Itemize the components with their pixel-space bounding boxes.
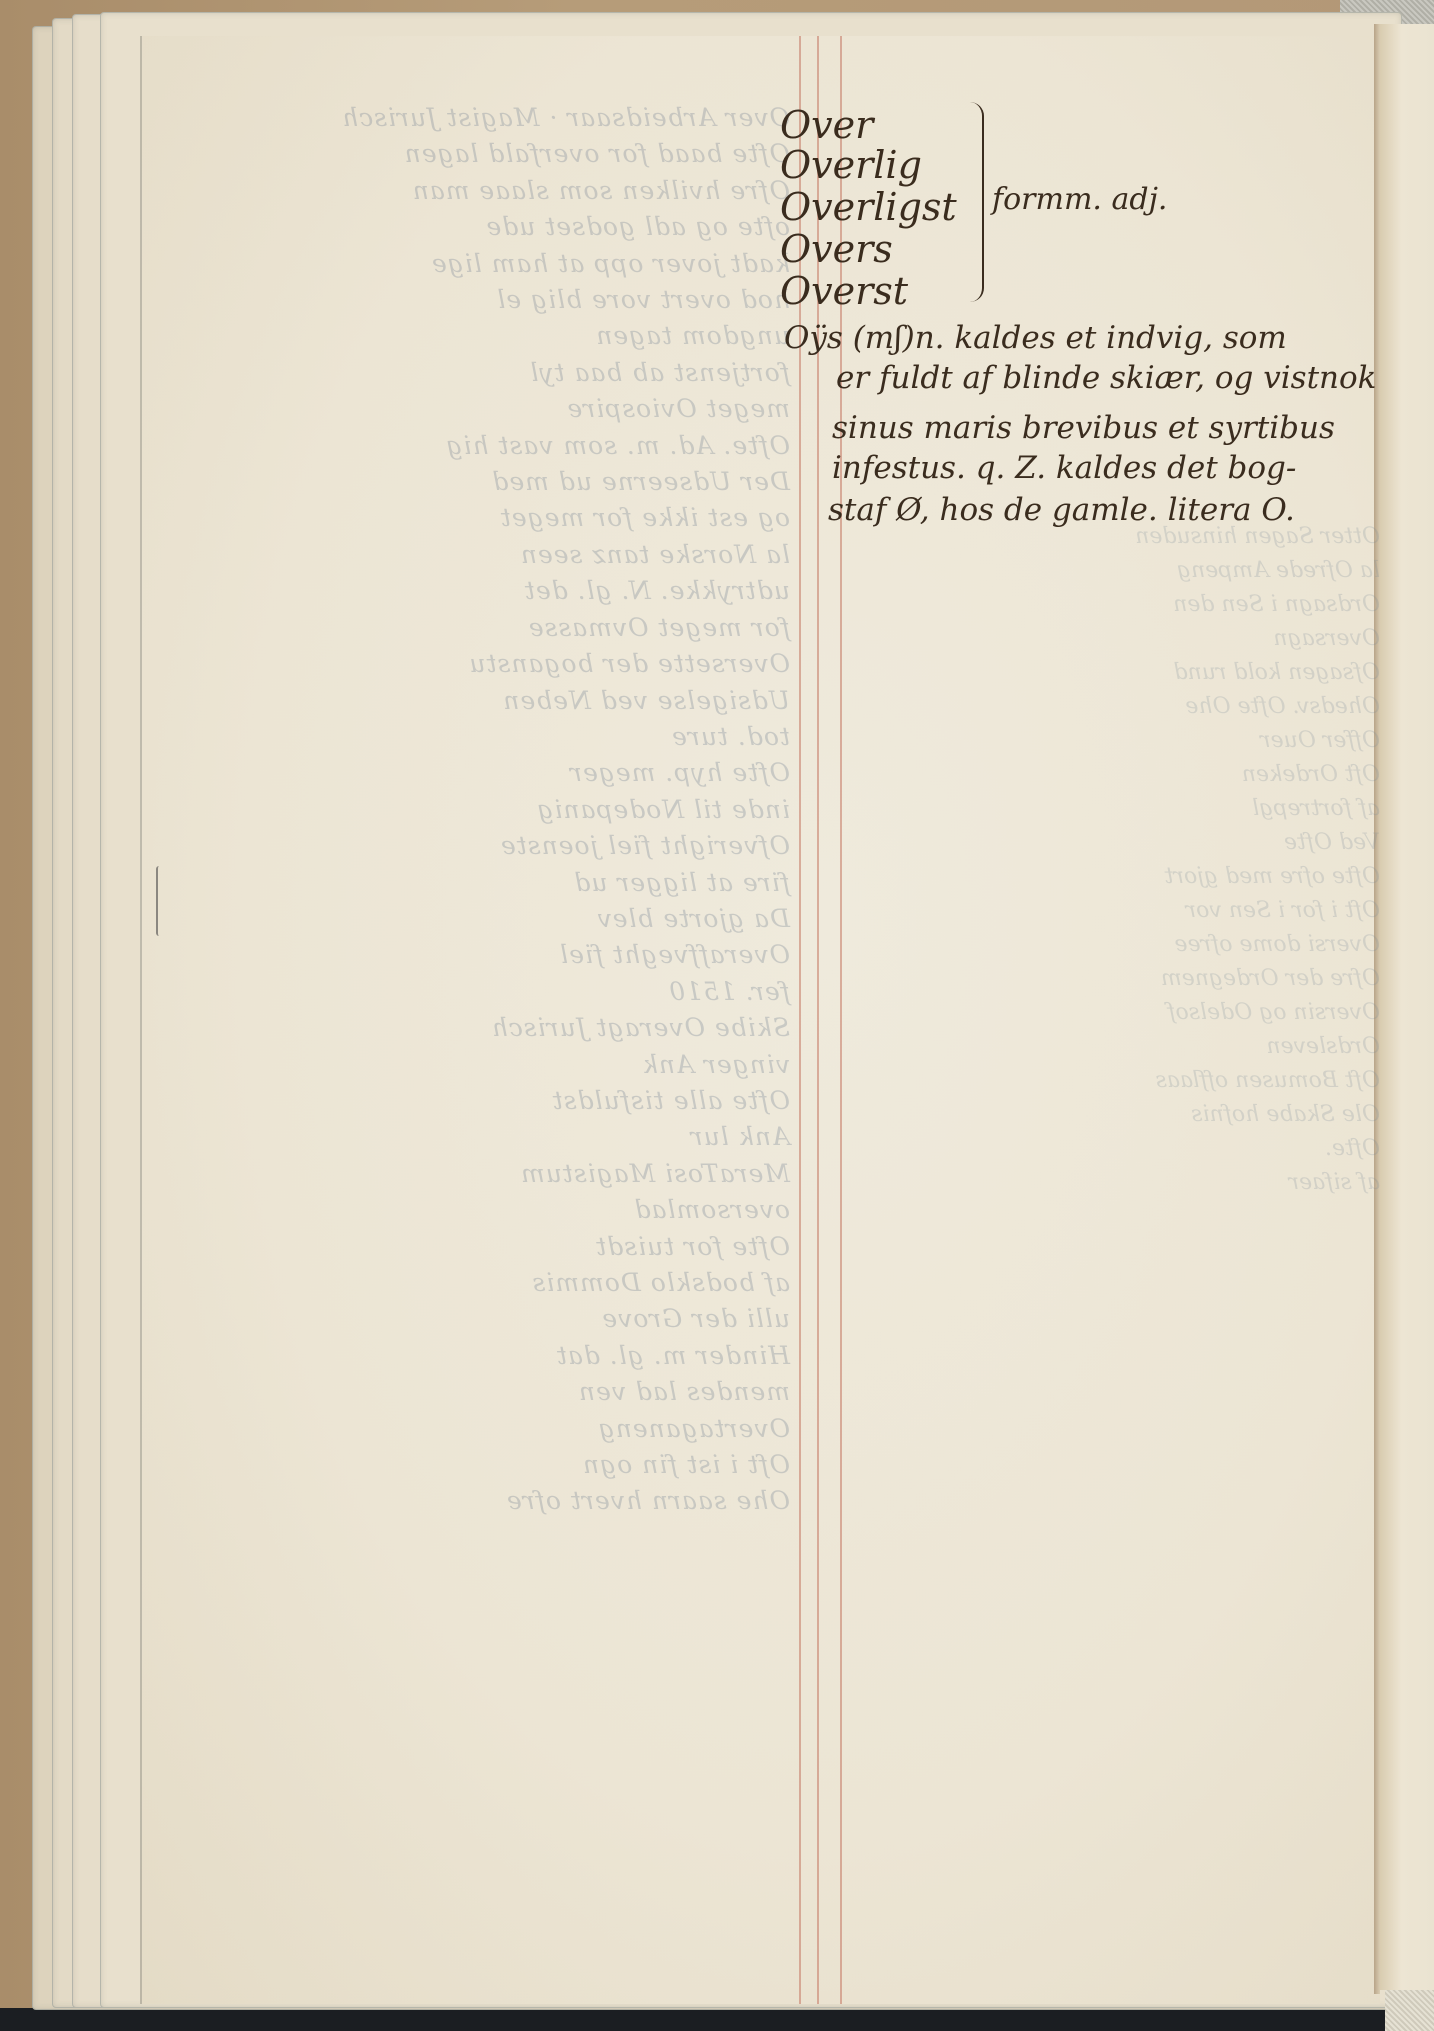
ghost-line: Ohe saarn hvert ofre <box>170 1483 790 1519</box>
ghost-line: Ofte baad for overfald lagen <box>170 136 790 172</box>
ghost-line: Overaffveght fiel <box>170 937 790 973</box>
ghost-line: Overtaganeng <box>170 1411 790 1447</box>
ghost-line: Ofte alle tisfuldst <box>170 1083 790 1119</box>
ghost-line: fortjenst ab baa tyl <box>170 355 790 391</box>
ghost-line: Ved Ofte <box>840 826 1380 860</box>
facing-page-edge <box>1380 24 1434 1990</box>
headword-overst: Overst <box>780 270 908 312</box>
entry-line-3: sinus maris brevibus et syrtibus <box>832 410 1335 446</box>
ghost-line: Oversi dome ofree <box>840 928 1380 962</box>
ghost-line: MeraTosi Magistum <box>170 1156 790 1192</box>
binding-cloth-bottom <box>1385 1990 1434 2031</box>
ghost-line: Ohedsv. Ofte Ohe <box>840 690 1380 724</box>
ghost-line: Oversin og Odelsof <box>840 996 1380 1030</box>
entry-line-1: Oÿs (mʃ)n. kaldes et indvig, som <box>784 320 1287 356</box>
ghost-line: Ofte. <box>840 1132 1380 1166</box>
ghost-line: Ofre hvilken som slaae man <box>170 173 790 209</box>
ghost-line: Hinder m. gl. dat <box>170 1338 790 1374</box>
ghost-line: Oft Ordeken <box>840 758 1380 792</box>
ghost-line: ulli der Grove <box>170 1301 790 1337</box>
ghost-line: Ofre der Ordegnem <box>840 962 1380 996</box>
ghost-line: hod overt vore blig el <box>170 282 790 318</box>
ghost-line: Ofveright fiel joenste <box>170 828 790 864</box>
ghost-line: af fortrepgl <box>840 792 1380 826</box>
headword-over: Over <box>780 104 873 146</box>
ghost-line: Ank lur <box>170 1119 790 1155</box>
ghost-line: Ordsleven <box>840 1030 1380 1064</box>
page-edge-tab <box>156 866 168 936</box>
right-brace <box>968 102 984 302</box>
entry-line-2: er fuldt af blinde skiær, og vistnok <box>836 360 1376 396</box>
grammar-label: formm. adj. <box>992 182 1167 217</box>
ghost-line: af sifaer <box>840 1166 1380 1200</box>
ghost-line: la Ofrede Ampeng <box>840 554 1380 588</box>
ghost-line: Ofsagen kold rund <box>840 656 1380 690</box>
ghost-line: Ofte. Ad. m. som vast hig <box>170 428 790 464</box>
ghost-line: Udsigelse ved Neben <box>170 683 790 719</box>
ghost-line: vinger Ank <box>170 1047 790 1083</box>
ghost-line: Oversagn <box>840 622 1380 656</box>
headword-overs: Overs <box>780 228 893 270</box>
ghost-line: tod. ture <box>170 719 790 755</box>
ghost-line: Oft Bomusen offlaas <box>840 1064 1380 1098</box>
ghost-line: Oft i ist fin ogn <box>170 1447 790 1483</box>
ghost-line: fire at ligger ud <box>170 865 790 901</box>
ghost-line: ungdom tagen <box>170 318 790 354</box>
bleed-through-text-right: Otter Sagen hinsuden la Ofrede Ampeng Or… <box>840 520 1380 1200</box>
ghost-line: og est ikke for meget <box>170 500 790 536</box>
headword-overligst: Overligst <box>780 186 957 228</box>
ghost-line: udtrykke. N. gl. det <box>170 573 790 609</box>
ghost-line: mendes lad ven <box>170 1374 790 1410</box>
headword-overlig: Overlig <box>780 144 922 186</box>
ghost-line: for meget Ovmasse <box>170 610 790 646</box>
ghost-line: af bodsklo Dommis <box>170 1265 790 1301</box>
ghost-line: fer. 1510 <box>170 974 790 1010</box>
ghost-line: Oversette der boganstu <box>170 646 790 682</box>
ghost-line: Ofte ofre med gjort <box>840 860 1380 894</box>
ghost-line: Ordsagn i Sen den <box>840 588 1380 622</box>
ghost-line: meget Oviospire <box>170 391 790 427</box>
ghost-line: Da gjorte blev <box>170 901 790 937</box>
ghost-line: Oft i for i Sen vor <box>840 894 1380 928</box>
ghost-line: Offer Ouer <box>840 724 1380 758</box>
entry-line-5: staf Ø, hos de gamle. litera O. <box>828 492 1295 528</box>
ghost-line: Der Udseerne ud med <box>170 464 790 500</box>
ghost-line: Ofte for tuisdt <box>170 1229 790 1265</box>
entry-line-4: infestus. q. Z. kaldes det bog- <box>832 450 1296 486</box>
ghost-line: Over Arbeidsaar · Magist Jurisch <box>170 100 790 136</box>
ghost-line: oversomlad <box>170 1192 790 1228</box>
ghost-line: Skibe Overagt Jurisch <box>170 1010 790 1046</box>
ghost-line: inde til Nodepanig <box>170 792 790 828</box>
bleed-through-text-left: Over Arbeidsaar · Magist Jurisch Ofte ba… <box>170 100 790 1520</box>
dark-bottom-strip <box>0 2008 1434 2031</box>
ghost-line: Ofte hyp. meger <box>170 755 790 791</box>
ghost-line: kadt jover opp at ham lige <box>170 246 790 282</box>
ghost-line: Ole Skabe hofnis <box>840 1098 1380 1132</box>
ghost-line: ofte og adl godset ude <box>170 209 790 245</box>
ghost-line: la Norske tanz seen <box>170 537 790 573</box>
